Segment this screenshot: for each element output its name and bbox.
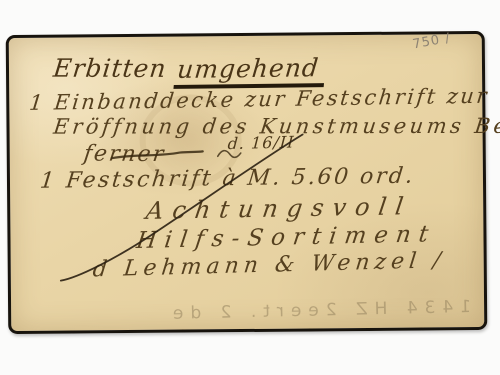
- handwriting-line-8-signature: d Lehmann & Wenzel /: [92, 250, 447, 281]
- handwriting-line-5: 1 Festschrift à M. 5.60 ord.: [39, 166, 416, 193]
- scanned-postcard-photo: 750 ∕ Erbitten umgehend 1 Einbanddecke z…: [0, 0, 500, 375]
- handwriting-line-1-lead: Erbitten: [52, 54, 177, 83]
- handwriting-line-2: 1 Einbanddecke zur Festschrift zur: [28, 86, 490, 114]
- postcard: 750 ∕ Erbitten umgehend 1 Einbanddecke z…: [6, 31, 488, 334]
- handwriting-line-1: Erbitten umgehend: [51, 56, 326, 88]
- handwriting-line-1-underlined-word: umgehend: [174, 55, 327, 89]
- mirrored-pencil-offset-text: 1434 HZ 2eert. 2 de: [39, 299, 471, 326]
- handwriting-line-6-closing: Achtungsvoll: [145, 194, 414, 223]
- handwriting-line-4-date: d. 16/II: [227, 134, 295, 152]
- handwriting-line-4-word: ferner: [82, 143, 166, 166]
- pencil-price-mark: 750 ∕: [412, 32, 452, 52]
